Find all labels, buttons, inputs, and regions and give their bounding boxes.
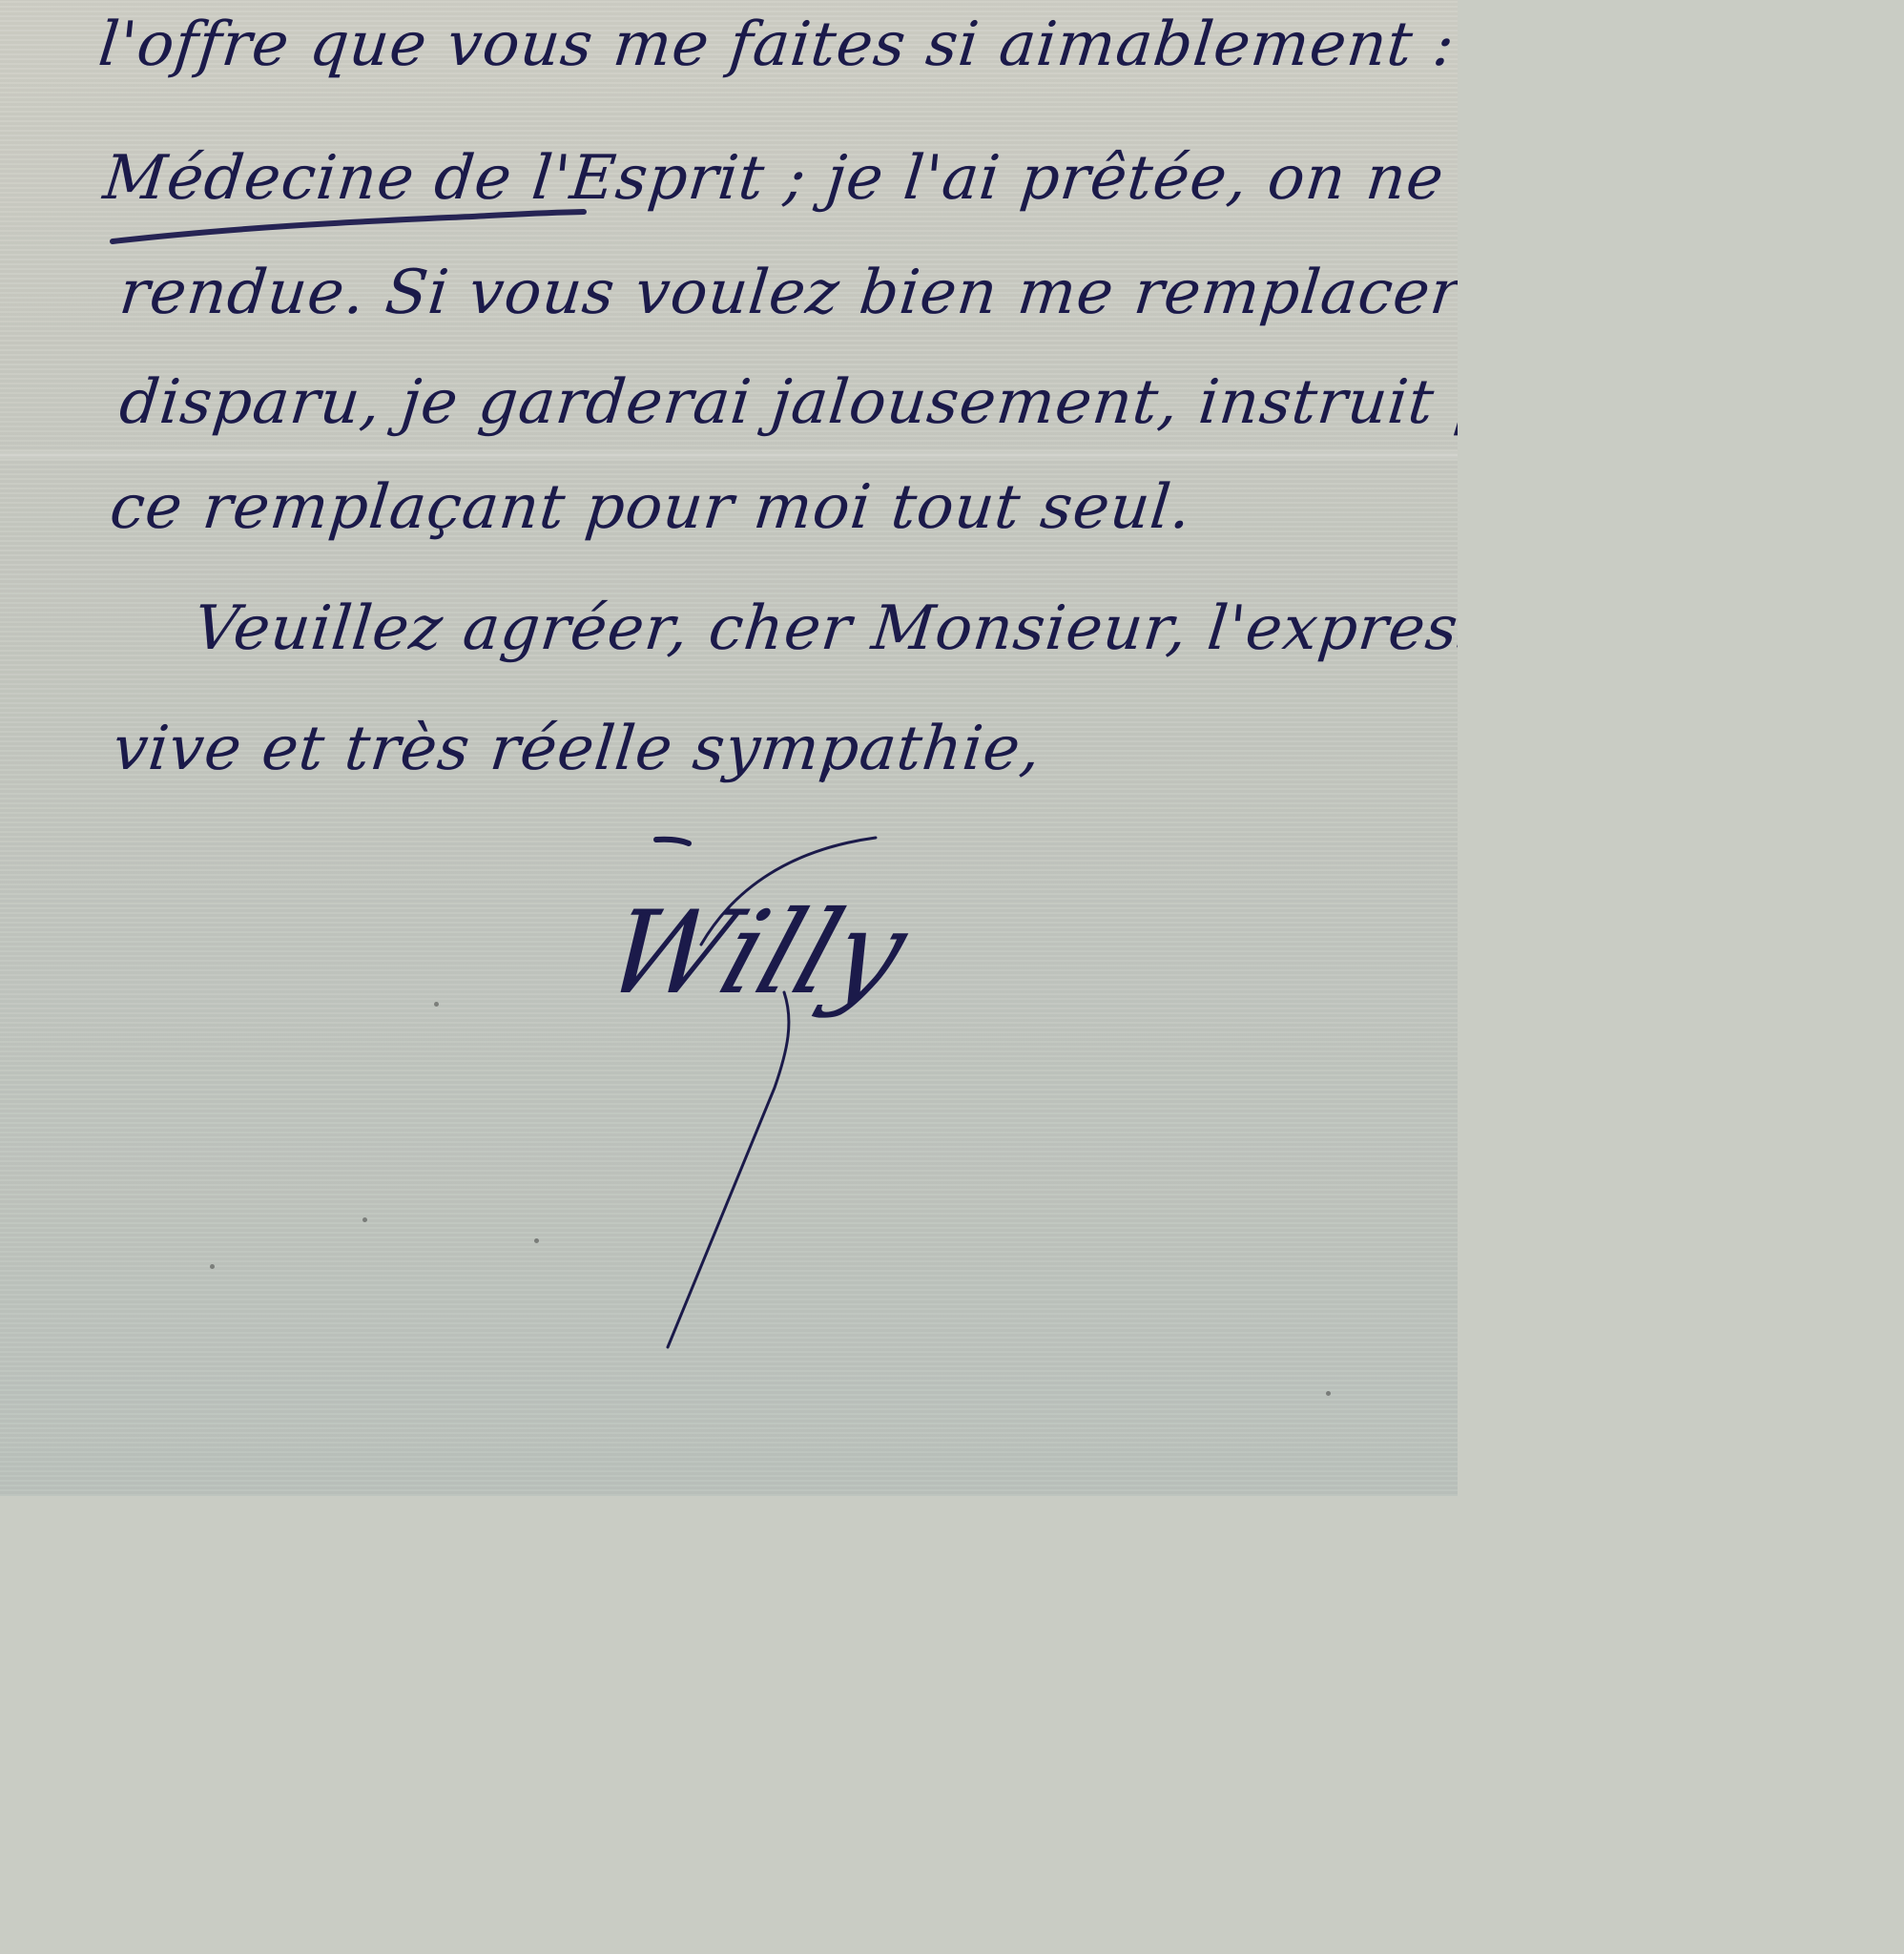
letter-line-4: disparu, je garderai jalousement, instru… xyxy=(116,367,1458,438)
letter-line-1: l'offre que vous me faites si aimablemen… xyxy=(95,10,1458,80)
letter-line-2-book-title: Médecine de l'Esprit ; je l'ai prêtée, o… xyxy=(100,143,1458,214)
letter-line-5: ce remplaçant pour moi tout seul. xyxy=(107,472,1195,543)
paper-fold-crease xyxy=(0,448,1458,462)
paper-speck xyxy=(362,1217,367,1222)
paper-speck xyxy=(210,1264,215,1269)
paper-speck xyxy=(434,1002,439,1007)
letter-closing-line-1: Veuillez agréer, cher Monsieur, l'expres… xyxy=(191,593,1458,664)
paper-speck xyxy=(1326,1391,1331,1396)
signature: Willy xyxy=(589,887,921,1020)
letter-closing-line-2: vive et très réelle sympathie, xyxy=(110,714,1045,784)
paper-speck xyxy=(534,1238,539,1243)
letter-line-3: rendue. Si vous voulez bien me remplacer… xyxy=(116,258,1458,328)
